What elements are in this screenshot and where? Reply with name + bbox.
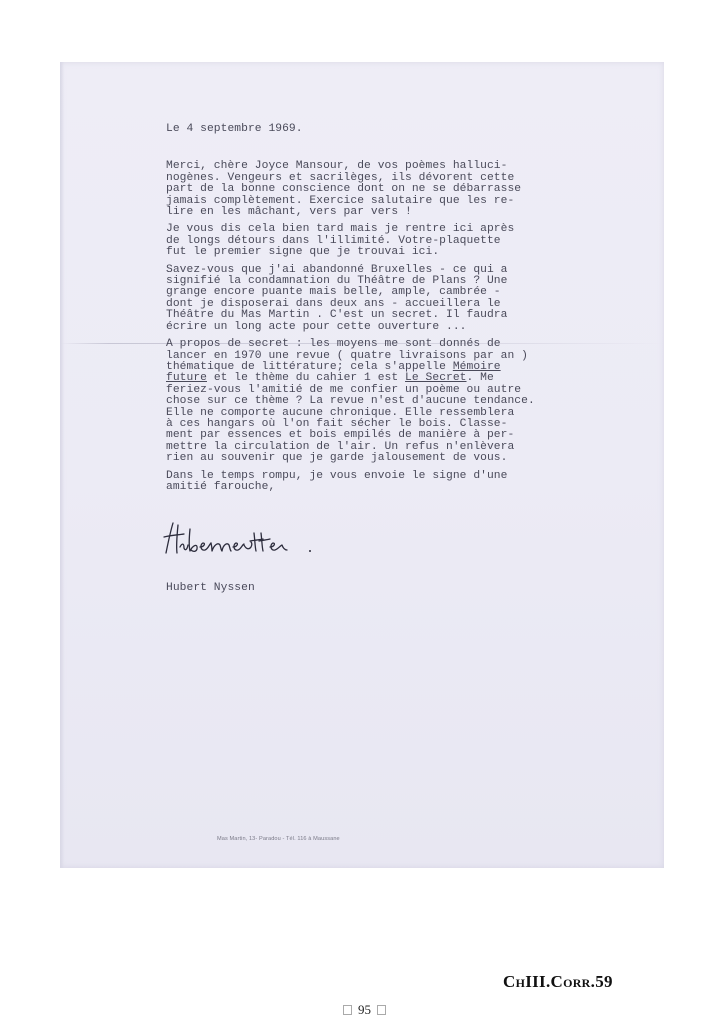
text: . Me feriez-vous l'amitié de me confier … <box>166 372 535 464</box>
missing-glyph-icon <box>343 1005 352 1015</box>
letter-body: Le 4 septembre 1969. Merci, chère Joyce … <box>166 124 596 595</box>
archive-reference: ChIII.Corr.59 <box>503 972 613 992</box>
issue-theme: Le Secret <box>405 372 466 384</box>
signature-icon <box>160 517 330 561</box>
paragraph-4: A propos de secret : les moyens me sont … <box>166 339 596 464</box>
review-title-part1: Mémoire <box>453 361 501 373</box>
letterhead-address: Mas Martin, 13- Paradou - Tél. 116 à Mau… <box>217 836 340 842</box>
letter-date: Le 4 septembre 1969. <box>166 124 596 135</box>
text: et le thème du cahier 1 est <box>207 372 405 384</box>
handwritten-signature <box>166 523 596 559</box>
review-title-part2: future <box>166 372 207 384</box>
signer-name: Hubert Nyssen <box>166 583 596 594</box>
page-number-value: 95 <box>358 1002 371 1018</box>
page-number: 95 <box>343 1002 386 1018</box>
missing-glyph-icon <box>377 1005 386 1015</box>
paragraph-3: Savez-vous que j'ai abandonné Bruxelles … <box>166 265 596 333</box>
closing: Dans le temps rompu, je vous envoie le s… <box>166 471 596 494</box>
paragraph-1: Merci, chère Joyce Mansour, de vos poème… <box>166 161 596 218</box>
paragraph-2: Je vous dis cela bien tard mais je rentr… <box>166 224 596 258</box>
